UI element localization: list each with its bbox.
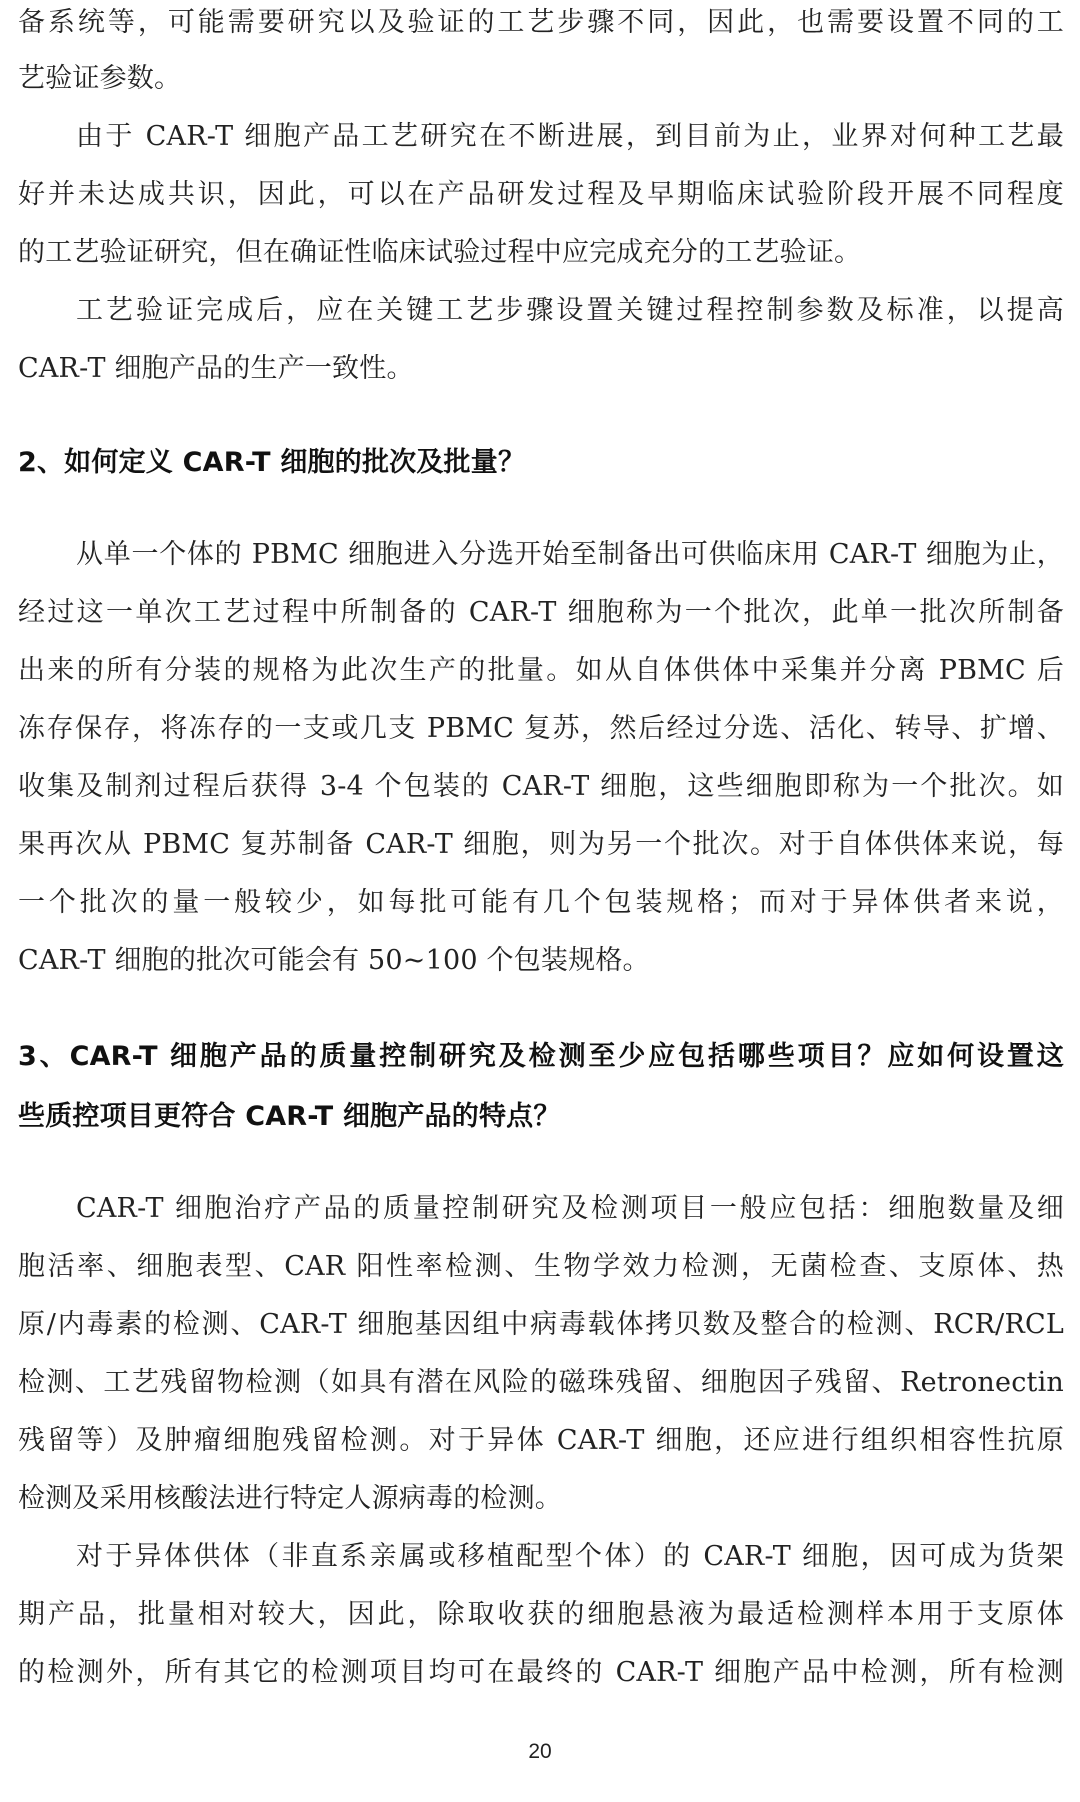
section-heading-3: 3、CAR-T 细胞产品的质量控制研究及检测至少应包括哪些项目？应如何设置这 bbox=[18, 1040, 1064, 1074]
paragraph-line: 经过这一单次工艺过程中所制备的 CAR-T 细胞称为一个批次，此单一批次所制备 bbox=[18, 596, 1064, 630]
paragraph-line: 好并未达成共识，因此，可以在产品研发过程及早期临床试验阶段开展不同程度 bbox=[18, 178, 1064, 212]
paragraph-line: 出来的所有分装的规格为此次生产的批量。如从自体供体中采集并分离 PBMC 后 bbox=[18, 654, 1064, 688]
section-heading-3-continued: 些质控项目更符合 CAR-T 细胞产品的特点？ bbox=[18, 1100, 1064, 1134]
paragraph-line: CAR-T 细胞的批次可能会有 50~100 个包装规格。 bbox=[18, 944, 1064, 978]
section-heading-2: 2、如何定义 CAR-T 细胞的批次及批量？ bbox=[18, 446, 1064, 480]
paragraph-line: 检测及采用核酸法进行特定人源病毒的检测。 bbox=[18, 1482, 1064, 1516]
paragraph-line: 对于异体供体（非直系亲属或移植配型个体）的 CAR-T 细胞，因可成为货架 bbox=[76, 1540, 1064, 1574]
paragraph-line: 的工艺验证研究，但在确证性临床试验过程中应完成充分的工艺验证。 bbox=[18, 236, 1064, 270]
paragraph-line: 收集及制剂过程后获得 3-4 个包装的 CAR-T 细胞，这些细胞即称为一个批次… bbox=[18, 770, 1064, 804]
paragraph-line: 残留等）及肿瘤细胞残留检测。对于异体 CAR-T 细胞，还应进行组织相容性抗原 bbox=[18, 1424, 1064, 1458]
paragraph-line: 果再次从 PBMC 复苏制备 CAR-T 细胞，则为另一个批次。对于自体供体来说… bbox=[18, 828, 1064, 862]
paragraph-line: 艺验证参数。 bbox=[18, 62, 1064, 96]
paragraph-line: 胞活率、细胞表型、CAR 阳性率检测、生物学效力检测，无菌检查、支原体、热 bbox=[18, 1250, 1064, 1284]
paragraph-line: 一个批次的量一般较少，如每批可能有几个包装规格；而对于异体供者来说， bbox=[18, 886, 1064, 920]
paragraph-line: 备系统等，可能需要研究以及验证的工艺步骤不同，因此，也需要设置不同的工 bbox=[18, 6, 1064, 40]
paragraph-line: 期产品，批量相对较大，因此，除取收获的细胞悬液为最适检测样本用于支原体 bbox=[18, 1598, 1064, 1632]
paragraph-line: 冻存保存，将冻存的一支或几支 PBMC 复苏，然后经过分选、活化、转导、扩增、 bbox=[18, 712, 1064, 746]
paragraph-line: 原/内毒素的检测、CAR-T 细胞基因组中病毒载体拷贝数及整合的检测、RCR/R… bbox=[18, 1308, 1064, 1342]
paragraph-line: CAR-T 细胞产品的生产一致性。 bbox=[18, 352, 1064, 386]
paragraph-line: 的检测外，所有其它的检测项目均可在最终的 CAR-T 细胞产品中检测，所有检测 bbox=[18, 1656, 1064, 1690]
paragraph-line: 工艺验证完成后，应在关键工艺步骤设置关键过程控制参数及标准，以提高 bbox=[76, 294, 1064, 328]
paragraph-line: 由于 CAR-T 细胞产品工艺研究在不断进展，到目前为止，业界对何种工艺最 bbox=[76, 120, 1064, 154]
page-number: 20 bbox=[0, 1740, 1080, 1764]
paragraph-line: 检测、工艺残留物检测（如具有潜在风险的磁珠残留、细胞因子残留、Retronect… bbox=[18, 1366, 1064, 1400]
paragraph-line: 从单一个体的 PBMC 细胞进入分选开始至制备出可供临床用 CAR-T 细胞为止… bbox=[76, 538, 1064, 572]
paragraph-line: CAR-T 细胞治疗产品的质量控制研究及检测项目一般应包括：细胞数量及细 bbox=[76, 1192, 1064, 1226]
document-page: 备系统等，可能需要研究以及验证的工艺步骤不同，因此，也需要设置不同的工 艺验证参… bbox=[0, 0, 1080, 1802]
